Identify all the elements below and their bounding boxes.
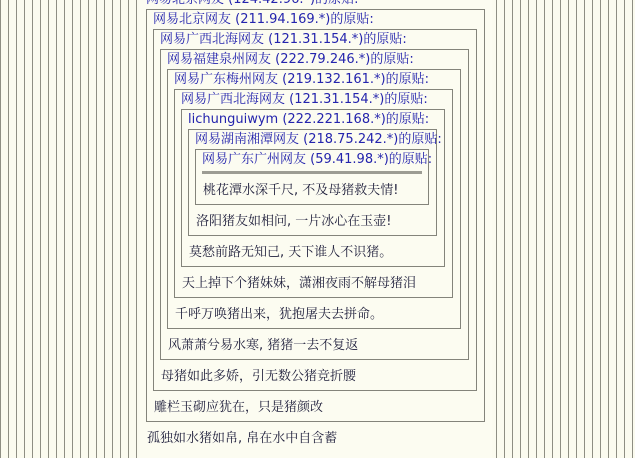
quote-box: 网易广西北海网友 (121.31.154.*)的原贴:lichunguiwym … [174,89,453,298]
quote-reply-text: 母猪如此多娇，引无数公猪竞折腰 [161,369,476,384]
quote-author-label: 网易广西北海网友 (121.31.154.*)的原贴: [181,92,452,107]
quote-reply-text: 莫愁前路无知己, 天下谁人不识猪。 [189,245,444,260]
quote-author-label: 网易福建泉州网友 (222.79.246.*)的原贴: [167,52,468,67]
quote-author-label: 网易北京网友 (124.42.96.*)的原贴: [146,0,492,7]
quote-reply-text: 千呼万唤猪出来，犹抱屠夫去拼命。 [175,307,460,322]
quote-box: 网易北京网友 (211.94.169.*)的原贴:网易广西北海网友 (121.3… [146,9,485,422]
quote-author-label: 网易湖南湘潭网友 (218.75.242.*)的原贴: [195,132,436,147]
quote-reply-text: 天上掉下个猪妹妹，潇湘夜雨不解母猪泪 [182,276,452,291]
quote-box: 网易广东梅州网友 (219.132.161.*)的原贴:网易广西北海网友 (12… [167,69,461,329]
quote-box: 网易广东广州网友 (59.41.98.*)的原贴:桃花潭水深千尺, 不及母猪救夫… [195,149,429,205]
quote-author-label: 网易广东梅州网友 (219.132.161.*)的原贴: [174,72,460,87]
quote-box: 网易湖南湘潭网友 (218.75.242.*)的原贴:网易广东广州网友 (59.… [188,129,437,236]
quote-box: 网易广西北海网友 (121.31.154.*)的原贴:网易福建泉州网友 (222… [153,29,477,391]
quote-author-label: 网易北京网友 (211.94.169.*)的原贴: [153,12,484,27]
quote-box: 网易福建泉州网友 (222.79.246.*)的原贴:网易广东梅州网友 (219… [160,49,469,360]
quote-author-label: 网易广西北海网友 (121.31.154.*)的原贴: [160,32,476,47]
forum-page: { "page": { "kind": "netease-style neste… [0,0,635,458]
quote-thread: 网易北京网友 (124.42.96.*)的原贴:网易北京网友 (211.94.1… [139,0,492,458]
quote-box: lichunguiwym (222.221.168.*)的原贴:网易湖南湘潭网友… [181,109,445,267]
quote-reply-text: 孤独如水猪如帛, 帛在水中自含蓄 [147,431,492,446]
quote-divider [202,171,422,174]
quote-reply-text: 风萧萧兮易水寒, 猪猪一去不复返 [168,338,468,353]
quote-reply-text: 洛阳猪友如相问, 一片冰心在玉壶! [196,214,436,229]
quote-author-label: 网易广东广州网友 (59.41.98.*)的原贴: [202,152,428,167]
quote-reply-text: 桃花潭水深千尺, 不及母猪救夫情! [203,183,428,198]
quote-reply-text: 雕栏玉砌应犹在，只是猪颜改 [154,400,484,415]
quote-author-label: lichunguiwym (222.221.168.*)的原贴: [188,112,444,127]
